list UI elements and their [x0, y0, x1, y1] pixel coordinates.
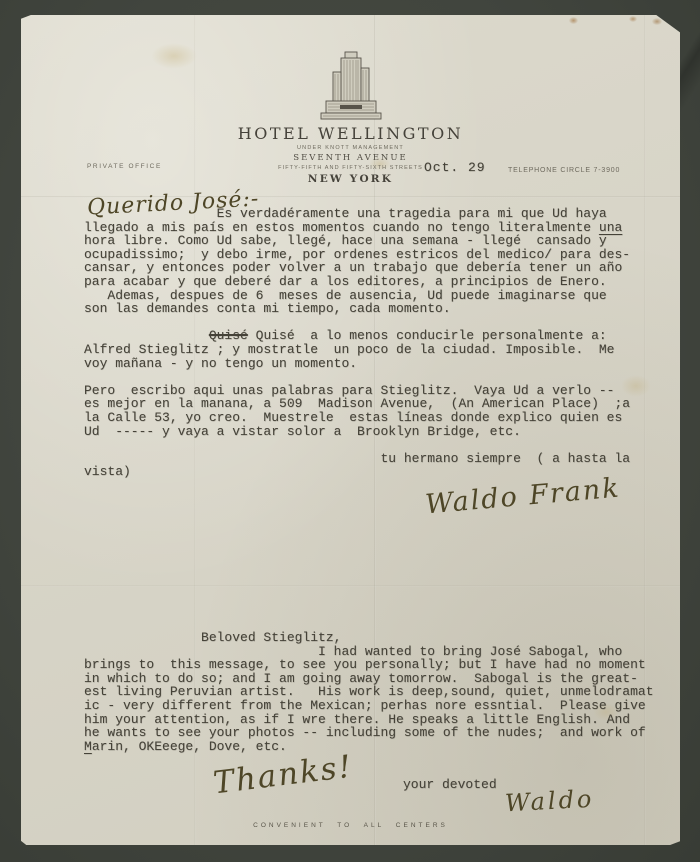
footer-slogan: CONVENIENT TO ALL CENTERS: [21, 822, 680, 829]
telephone-label: TELEPHONE CIRCLE 7-3900: [508, 167, 620, 174]
hotel-building-illustration: [311, 51, 391, 121]
english-letter-body: Beloved Stieglitz, I had wanted to bring…: [84, 631, 654, 753]
hotel-name: HOTEL WELLINGTON: [21, 124, 680, 143]
handwritten-thanks: Thanks!: [211, 749, 355, 802]
spanish-letter-body: Es verdadéramente una tragedia para mi q…: [84, 207, 630, 479]
scanned-letter-scene: HOTEL WELLINGTON UNDER KNOTT MANAGEMENT …: [0, 0, 700, 862]
foxing-spot: [569, 17, 578, 24]
fold-line-horizontal: [21, 585, 680, 587]
avenue-line: SEVENTH AVENUE: [21, 153, 680, 163]
typed-closing: your devoted: [403, 777, 497, 792]
management-line: UNDER KNOTT MANAGEMENT: [21, 145, 680, 151]
letter-paper: HOTEL WELLINGTON UNDER KNOTT MANAGEMENT …: [21, 15, 680, 845]
foxing-spot: [652, 18, 662, 25]
foxing-spot: [629, 16, 637, 22]
building-sign-band: [340, 105, 362, 109]
signature-waldo-frank: Waldo Frank: [424, 473, 622, 521]
city-line: NEW YORK: [21, 173, 680, 185]
date-stamp: Oct. 29: [424, 160, 486, 175]
private-office-label: PRIVATE OFFICE: [87, 163, 162, 170]
signature-waldo: Waldo: [504, 785, 595, 818]
